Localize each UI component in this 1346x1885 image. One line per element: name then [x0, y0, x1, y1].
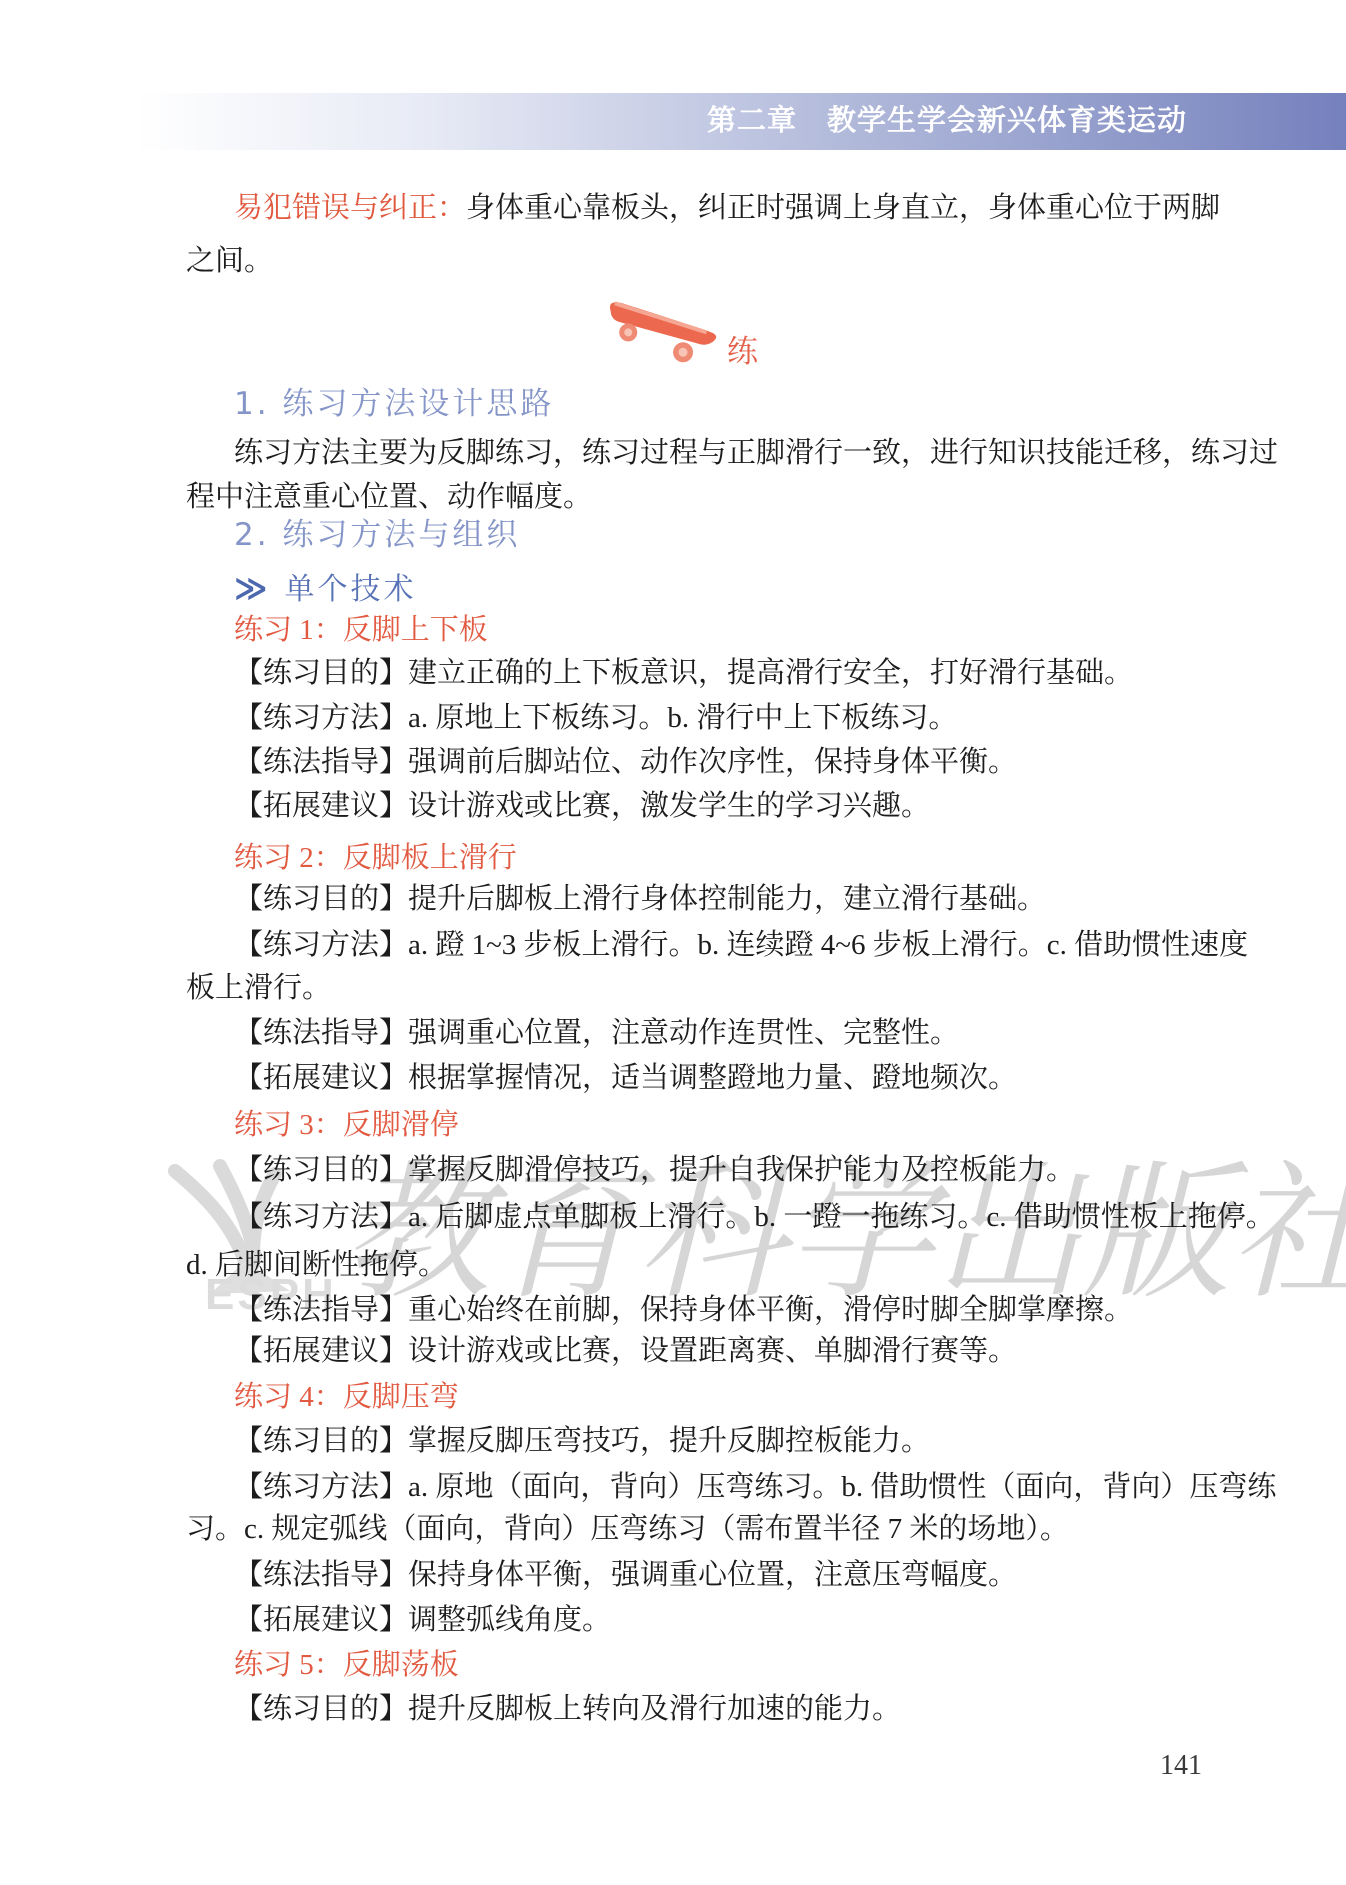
section-heading-1: 1. 练习方法设计思路	[234, 386, 554, 422]
exercise-extension-line: 【拓展建议】根据掌握情况，适当调整蹬地力量、蹬地频次。	[234, 1060, 1017, 1096]
practice-label: 练	[727, 326, 760, 371]
paragraph-line: 练习方法主要为反脚练习，练习过程与正脚滑行一致，进行知识技能迁移，练习过	[234, 435, 1278, 471]
practice-section-marker: 练	[600, 294, 780, 379]
skateboard-icon	[600, 294, 725, 379]
exercise-method-line: 习。c. 规定弧线（面向，背向）压弯练习（需布置半径 7 米的场地）。	[186, 1511, 1069, 1547]
exercise-extension-line: 【拓展建议】调整弧线角度。	[234, 1602, 611, 1638]
exercise-guidance-line: 【练法指导】重心始终在前脚，保持身体平衡，滑停时脚全脚掌摩擦。	[234, 1292, 1133, 1328]
exercise-method-line: 【练习方法】a. 后脚虚点单脚板上滑行。b. 一蹬一拖练习。c. 借助惯性板上拖…	[234, 1199, 1275, 1235]
common-errors-label: 易犯错误与纠正：	[234, 192, 466, 224]
exercise-guidance-line: 【练法指导】强调前后脚站位、动作次序性，保持身体平衡。	[234, 744, 1017, 780]
exercise-method-line: 【练习方法】a. 原地（面向，背向）压弯练习。b. 借助惯性（面向，背向）压弯练	[234, 1469, 1276, 1505]
exercise-1-heading: 练习 1：反脚上下板	[234, 612, 488, 648]
exercise-method-line: d. 后脚间断性拖停。	[186, 1247, 447, 1283]
exercise-extension-line: 【拓展建议】设计游戏或比赛，激发学生的学习兴趣。	[234, 788, 930, 824]
exercise-method-line: 【练习方法】a. 蹬 1~3 步板上滑行。b. 连续蹬 4~6 步板上滑行。c.…	[234, 927, 1248, 963]
exercise-goal-line: 【练习目的】提升后脚板上滑行身体控制能力，建立滑行基础。	[234, 881, 1046, 917]
exercise-method-line: 【练习方法】a. 原地上下板练习。b. 滑行中上下板练习。	[234, 700, 957, 736]
section-heading-2: 2. 练习方法与组织	[234, 517, 520, 553]
exercise-5-heading: 练习 5：反脚荡板	[234, 1647, 459, 1683]
page-number: 141	[1147, 1750, 1202, 1782]
subsection-single-skill: ≫单个技术	[234, 570, 417, 608]
exercise-goal-line: 【练习目的】掌握反脚滑停技巧，提升自我保护能力及控板能力。	[234, 1152, 1075, 1188]
exercise-2-heading: 练习 2：反脚板上滑行	[234, 840, 517, 876]
exercise-goal-line: 【练习目的】建立正确的上下板意识，提高滑行安全，打好滑行基础。	[234, 655, 1133, 691]
exercise-3-heading: 练习 3：反脚滑停	[234, 1107, 459, 1143]
chapter-title: 第二章 教学生学会新兴体育类运动	[707, 93, 1187, 150]
double-chevron-icon: ≫	[234, 569, 271, 607]
exercise-guidance-line: 【练法指导】保持身体平衡，强调重心位置，注意压弯幅度。	[234, 1557, 1017, 1593]
exercise-extension-line: 【拓展建议】设计游戏或比赛，设置距离赛、单脚滑行赛等。	[234, 1333, 1017, 1369]
paragraph-line: 程中注意重心位置、动作幅度。	[186, 479, 592, 515]
exercise-guidance-line: 【练法指导】强调重心位置，注意动作连贯性、完整性。	[234, 1015, 959, 1051]
exercise-goal-line: 【练习目的】掌握反脚压弯技巧，提升反脚控板能力。	[234, 1423, 930, 1459]
exercise-4-heading: 练习 4：反脚压弯	[234, 1379, 459, 1415]
paragraph-line: 之间。	[186, 243, 273, 279]
textbook-page: 第二章 教学生学会新兴体育类运动 教 育 科 学 出 版 社 ESPH 易犯错误…	[0, 0, 1346, 1885]
subsection-label: 单个技术	[285, 572, 417, 607]
paragraph-line: 易犯错误与纠正：身体重心靠板头，纠正时强调上身直立，身体重心位于两脚	[234, 190, 1220, 226]
chapter-header-bar: 第二章 教学生学会新兴体育类运动	[0, 93, 1346, 150]
paragraph-text: 身体重心靠板头，纠正时强调上身直立，身体重心位于两脚	[466, 192, 1220, 224]
exercise-method-line: 板上滑行。	[186, 970, 331, 1006]
exercise-goal-line: 【练习目的】提升反脚板上转向及滑行加速的能力。	[234, 1691, 901, 1727]
